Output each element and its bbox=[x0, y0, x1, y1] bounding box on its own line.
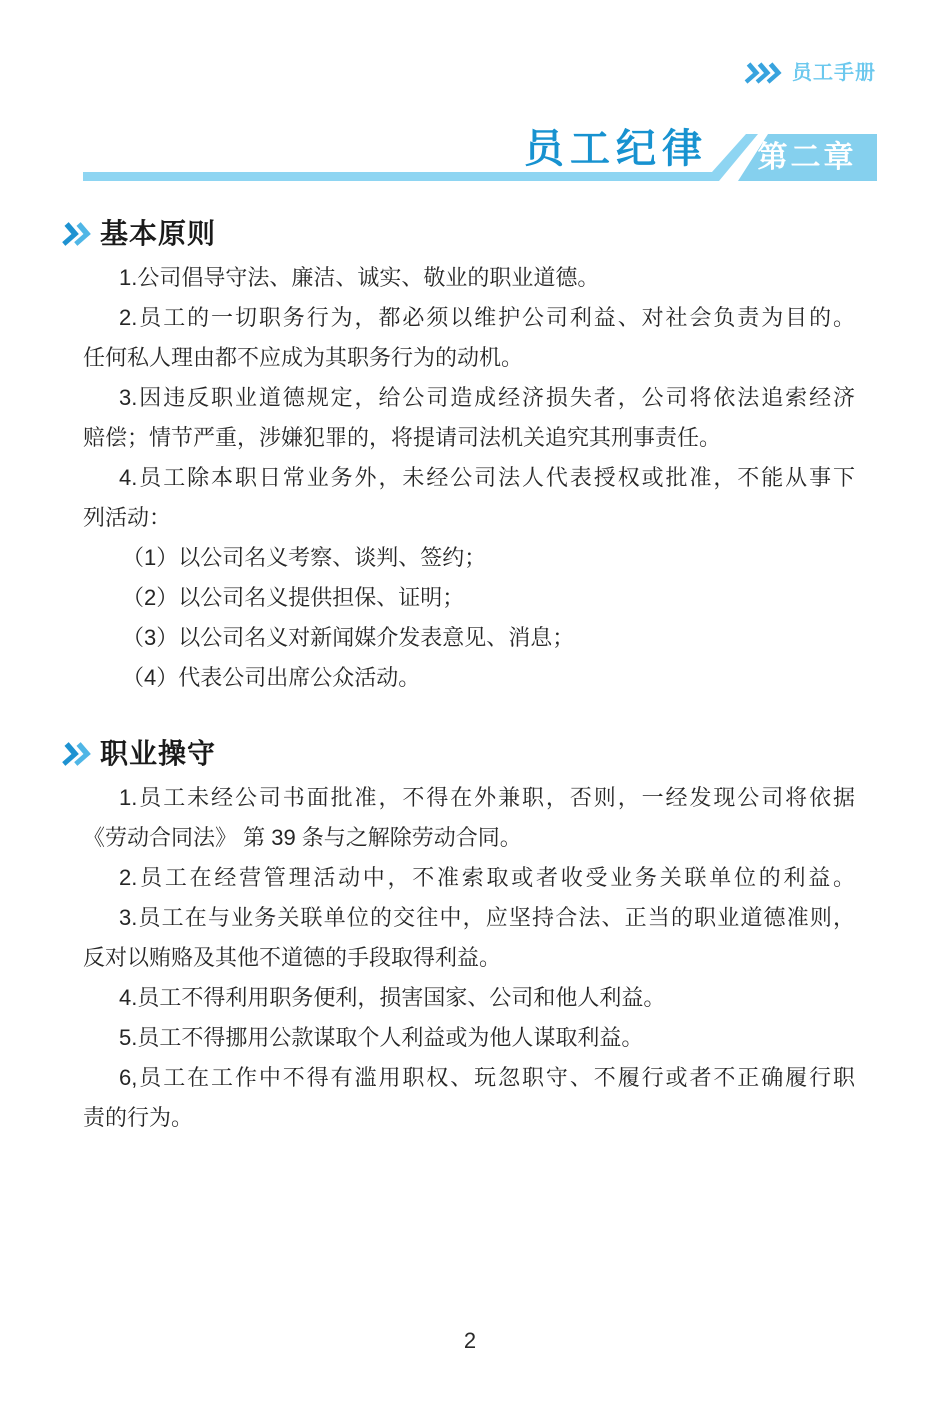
section-basic-principles: 基本原则 1.公司倡导守法、廉洁、诚实、敬业的职业道德。 2.员工的一切职务行为… bbox=[83, 218, 855, 698]
paragraph-line: 1.公司倡导守法、廉洁、诚实、敬业的职业道德。 bbox=[83, 258, 855, 298]
section-heading: 基本原则 bbox=[62, 218, 855, 250]
paragraph-line: 任何私人理由都不应成为其职务行为的动机。 bbox=[83, 338, 855, 378]
paragraph-line: 反对以贿赂及其他不道德的手段取得利益。 bbox=[83, 938, 855, 978]
double-chevron-icon bbox=[62, 221, 92, 247]
section-heading: 职业操守 bbox=[62, 738, 855, 770]
double-chevron-icon bbox=[62, 741, 92, 767]
section-professional-ethics: 职业操守 1.员工未经公司书面批准，不得在外兼职，否则，一经发现公司将依据 《劳… bbox=[83, 738, 855, 1138]
paragraph-line: 6,员工在工作中不得有滥用职权、玩忽职守、不履行或者不正确履行职 bbox=[83, 1058, 855, 1098]
paragraph-line: 5.员工不得挪用公款谋取个人利益或为他人谋取利益。 bbox=[83, 1018, 855, 1058]
page-number: 2 bbox=[0, 1326, 940, 1356]
list-item: （1）以公司名义考察、谈判、签约； bbox=[83, 538, 855, 578]
section-heading-label: 基本原则 bbox=[100, 218, 216, 250]
paragraph-line: 责的行为。 bbox=[83, 1098, 855, 1138]
paragraph-line: 赔偿；情节严重，涉嫌犯罪的，将提请司法机关追究其刑事责任。 bbox=[83, 418, 855, 458]
page-content: 基本原则 1.公司倡导守法、廉洁、诚实、敬业的职业道德。 2.员工的一切职务行为… bbox=[0, 0, 940, 1138]
paragraph-line: 《劳动合同法》 第 39 条与之解除劳动合同。 bbox=[83, 818, 855, 858]
paragraph-line: 3.因违反职业道德规定，给公司造成经济损失者，公司将依法追索经济 bbox=[83, 378, 855, 418]
numbered-list: （1）以公司名义考察、谈判、签约； （2）以公司名义提供担保、证明； （3）以公… bbox=[83, 538, 855, 698]
paragraph-line: 1.员工未经公司书面批准，不得在外兼职，否则，一经发现公司将依据 bbox=[83, 778, 855, 818]
section-heading-label: 职业操守 bbox=[100, 738, 216, 770]
paragraph-line: 2.员工在经营管理活动中，不准索取或者收受业务关联单位的利益。 bbox=[83, 858, 855, 898]
paragraph-line: 列活动： bbox=[83, 498, 855, 538]
paragraph-line: 2.员工的一切职务行为，都必须以维护公司利益、对社会负责为目的。 bbox=[83, 298, 855, 338]
paragraph-line: 3.员工在与业务关联单位的交往中，应坚持合法、正当的职业道德准则， bbox=[83, 898, 855, 938]
paragraph-line: 4.员工除本职日常业务外，未经公司法人代表授权或批准，不能从事下 bbox=[83, 458, 855, 498]
list-item: （2）以公司名义提供担保、证明； bbox=[83, 578, 855, 618]
list-item: （3）以公司名义对新闻媒介发表意见、消息； bbox=[83, 618, 855, 658]
paragraph-line: 4.员工不得利用职务便利，损害国家、公司和他人利益。 bbox=[83, 978, 855, 1018]
list-item: （4）代表公司出席公众活动。 bbox=[83, 658, 855, 698]
